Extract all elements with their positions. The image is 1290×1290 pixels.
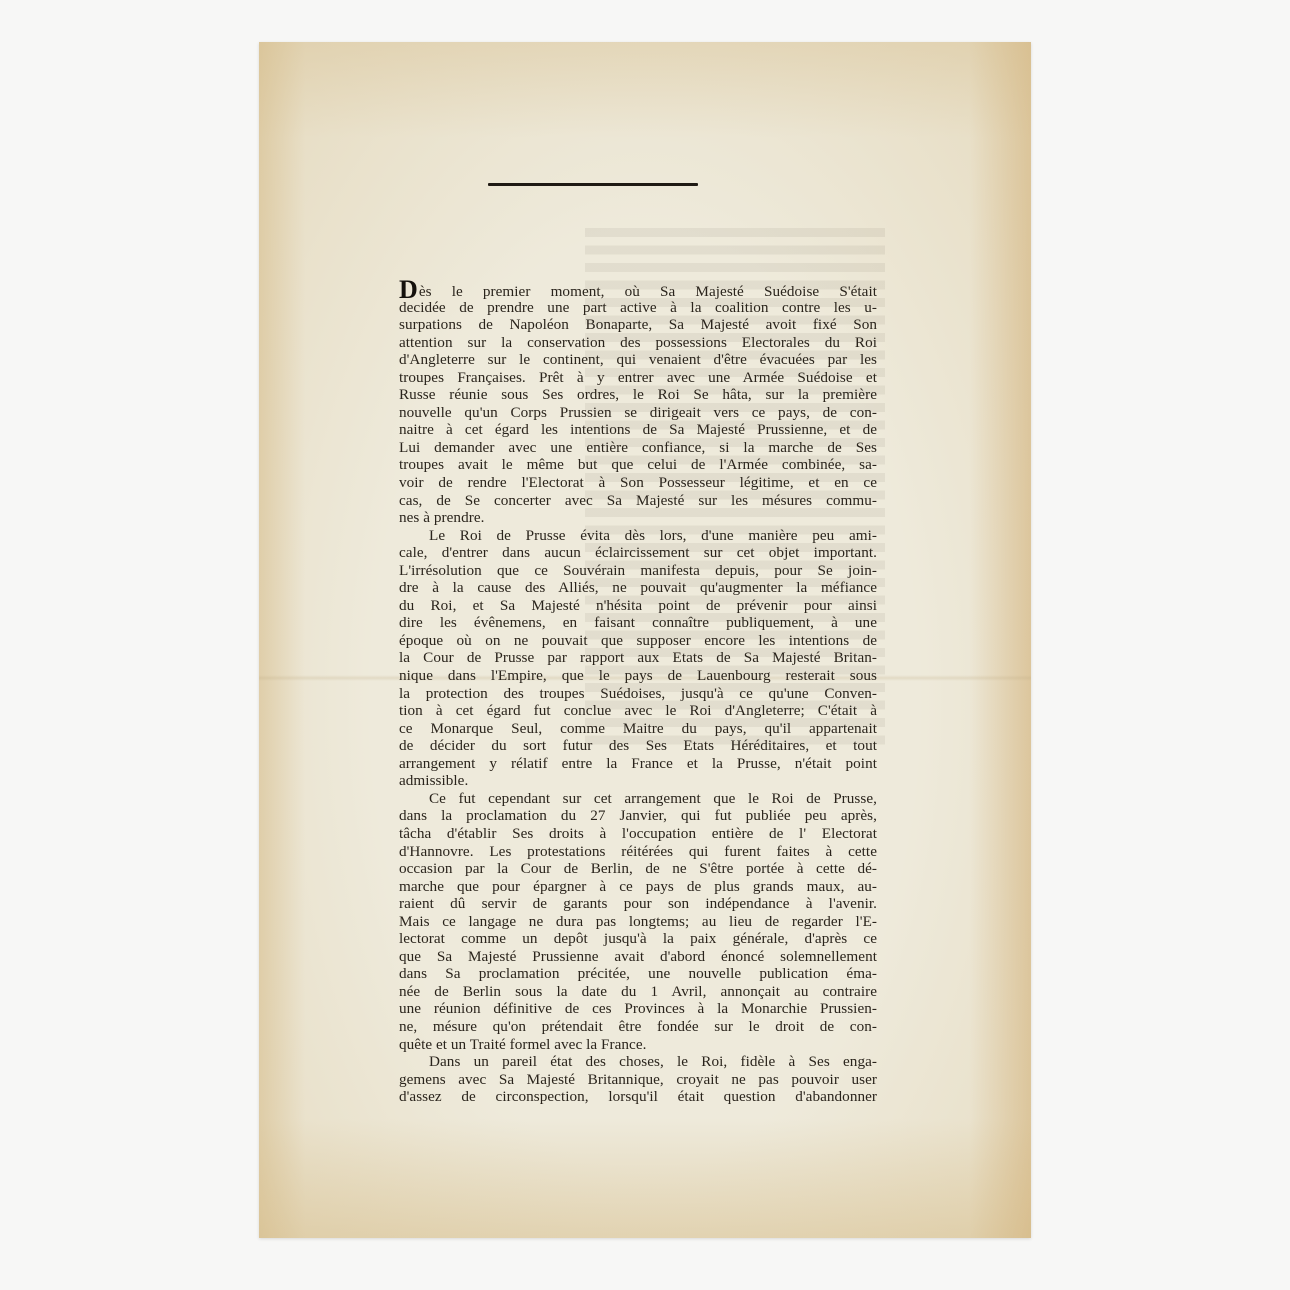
text-line: époque où on ne pouvait que supposer enc… <box>399 632 877 650</box>
text-line: de décider du sort futur des Ses Etats H… <box>399 737 877 755</box>
text-line: naitre à cet égard les intentions de Sa … <box>399 421 877 439</box>
text-line: Lui demander avec une entière confiance,… <box>399 439 877 457</box>
text-line: née de Berlin sous la date du 1 Avril, a… <box>399 983 877 1001</box>
text-line: Dans un pareil état des choses, le Roi, … <box>399 1053 877 1071</box>
text-line: arrangement y rélatif entre la France et… <box>399 755 877 773</box>
text-line: tâcha d'établir Ses droits à l'occupatio… <box>399 825 877 843</box>
text-line: dans Sa proclamation précitée, une nouve… <box>399 965 877 983</box>
text-line: gemens avec Sa Majesté Britannique, croy… <box>399 1071 877 1089</box>
ornamental-rule <box>488 183 698 186</box>
text-line: troupes Françaises. Prêt à y entrer avec… <box>399 369 877 387</box>
text-line: tion à cet égard fut conclue avec le Roi… <box>399 702 877 720</box>
text-line: L'irrésolution que ce Souvérain manifest… <box>399 562 877 580</box>
text-line: la Cour de Prusse par rapport aux Etats … <box>399 649 877 667</box>
text-line: que Sa Majesté Prussienne avait d'abord … <box>399 948 877 966</box>
text-line: occasion par la Cour de Berlin, de ne S'… <box>399 860 877 878</box>
paragraph: Ce fut cependant sur cet arrangement que… <box>399 790 877 1053</box>
text-line: dans la proclamation du 27 Janvier, qui … <box>399 807 877 825</box>
text-line: lectorat comme un depôt jusqu'à la paix … <box>399 930 877 948</box>
paragraph: Dès le premier moment, où Sa Majesté Sué… <box>399 281 877 527</box>
text-line: d'Angleterre sur le continent, qui venai… <box>399 351 877 369</box>
text-line: ne, mésure qu'on prétendait être fondée … <box>399 1018 877 1036</box>
text-line: Le Roi de Prusse évita dès lors, d'une m… <box>399 527 877 545</box>
text-line: decidée de prendre une part active à la … <box>399 299 877 317</box>
text-line: surpations de Napoléon Bonaparte, Sa Maj… <box>399 316 877 334</box>
text-line: admissible. <box>399 772 877 790</box>
text-line: quête et un Traité formel avec la France… <box>399 1036 877 1054</box>
body-text: Dès le premier moment, où Sa Majesté Sué… <box>399 281 877 1106</box>
text-line: Dès le premier moment, où Sa Majesté Sué… <box>399 281 877 299</box>
text-line: nes à prendre. <box>399 509 877 527</box>
text-line: dre à la cause des Alliés, ne pouvait qu… <box>399 579 877 597</box>
text-line: Ce fut cependant sur cet arrangement que… <box>399 790 877 808</box>
text-line: une réunion définitive de ces Provinces … <box>399 1000 877 1018</box>
text-line: Russe réunie sous Ses ordres, le Roi Se … <box>399 386 877 404</box>
text-line: du Roi, et Sa Majesté n'hésita point de … <box>399 597 877 615</box>
text-line: d'assez de circonspection, lorsqu'il éta… <box>399 1088 877 1106</box>
text-line: troupes avait le même but que celui de l… <box>399 456 877 474</box>
text-line: ce Monarque Seul, comme Maitre du pays, … <box>399 720 877 738</box>
text-line: attention sur la conservation des posses… <box>399 334 877 352</box>
text-line: voir de rendre l'Electorat à Son Possess… <box>399 474 877 492</box>
text-line: raient dû servir de garants pour son ind… <box>399 895 877 913</box>
text-line: la protection des troupes Suédoises, jus… <box>399 685 877 703</box>
text-line: nique dans l'Empire, que le pays de Laue… <box>399 667 877 685</box>
text-line: d'Hannovre. Les protestations réitérées … <box>399 843 877 861</box>
paragraph: Dans un pareil état des choses, le Roi, … <box>399 1053 877 1106</box>
text-line: dire les évênemens, en faisant connaître… <box>399 614 877 632</box>
text-line: Mais ce langage ne dura pas longtems; au… <box>399 913 877 931</box>
text-line: cale, d'entrer dans aucun éclaircissemen… <box>399 544 877 562</box>
text-line: nouvelle qu'un Corps Prussien se dirigea… <box>399 404 877 422</box>
text-line: cas, de Se concerter avec Sa Majesté sur… <box>399 492 877 510</box>
text-line: marche que pour épargner à ce pays de pl… <box>399 878 877 896</box>
paragraph: Le Roi de Prusse évita dès lors, d'une m… <box>399 527 877 790</box>
